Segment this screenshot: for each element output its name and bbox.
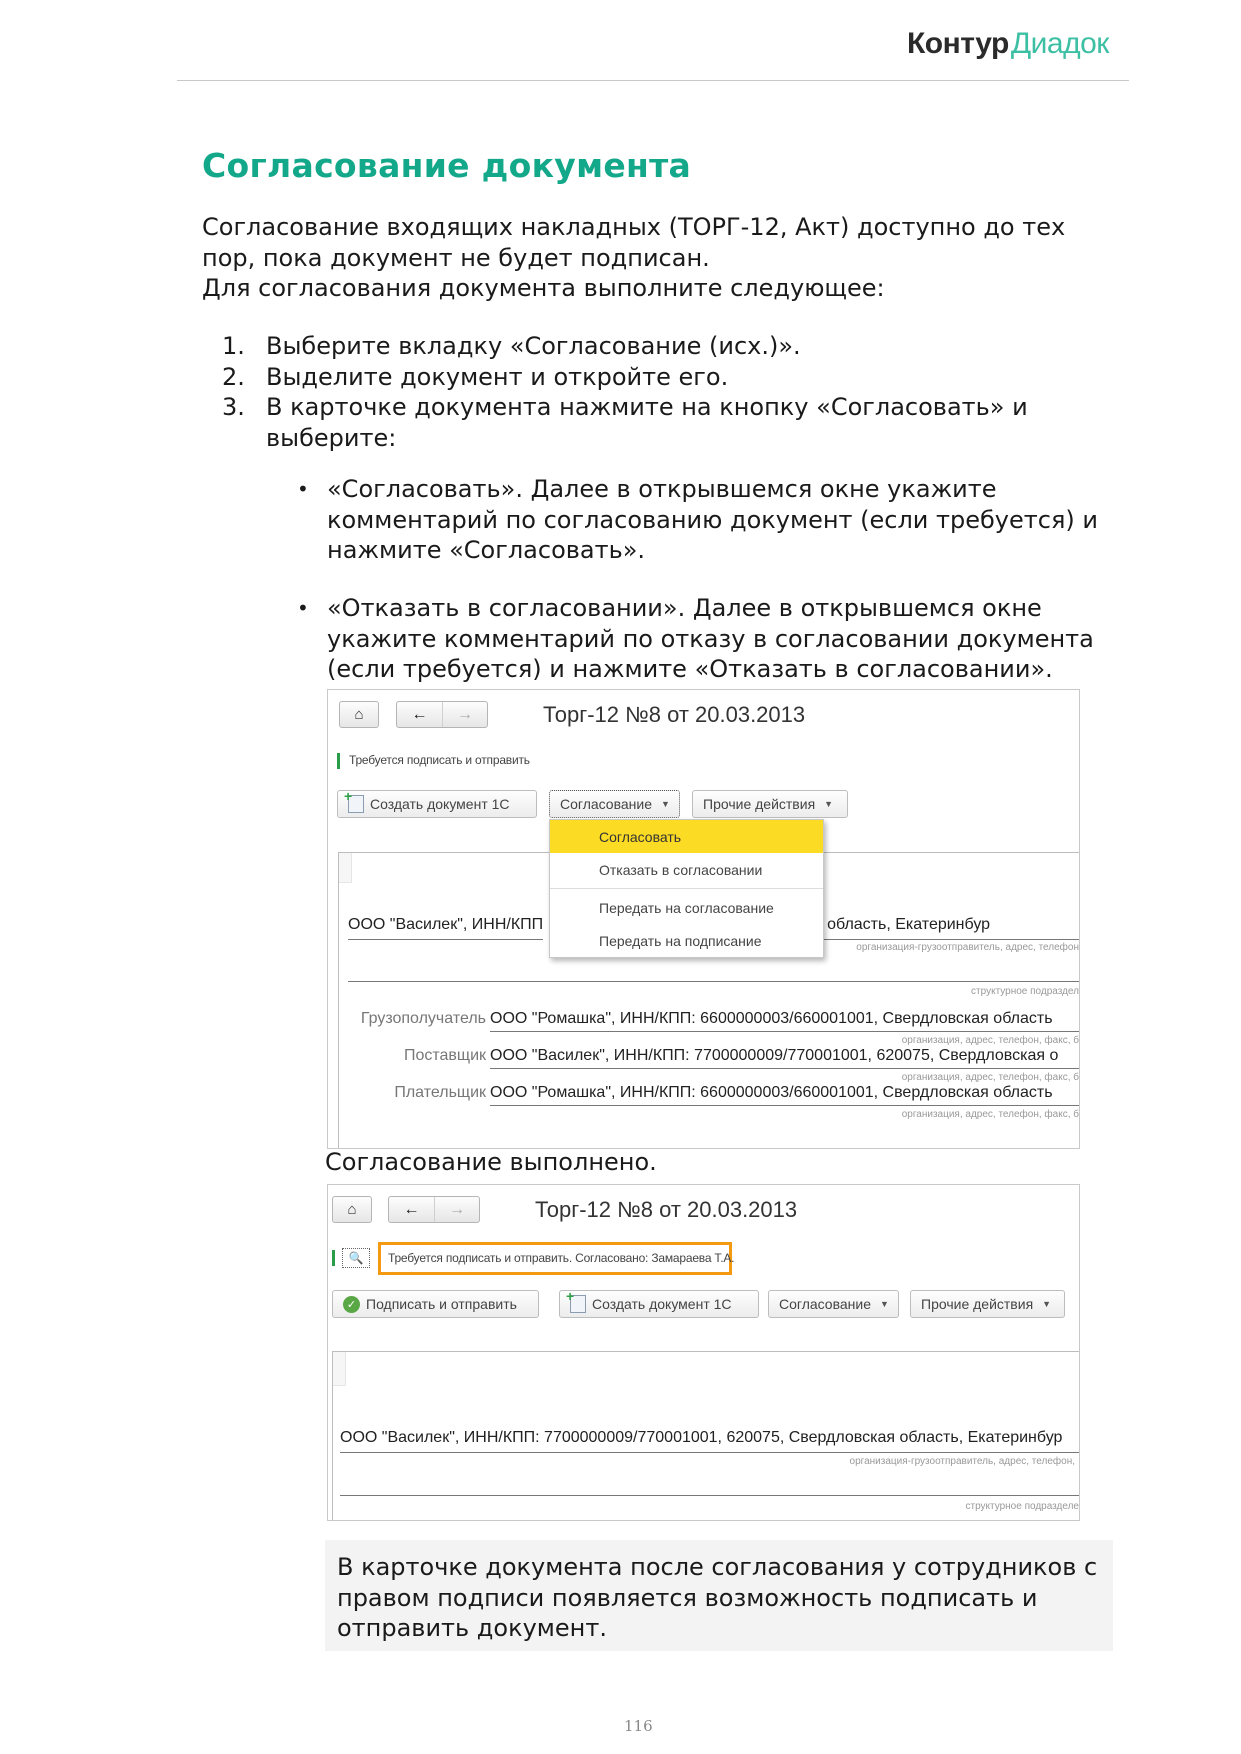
approval-label: Согласование bbox=[779, 1296, 871, 1312]
supplier-hint: организация, адрес, телефон, факс, б bbox=[902, 1072, 1079, 1083]
approval-dropdown-button[interactable]: Согласование ▼ bbox=[768, 1290, 899, 1318]
step-text: В карточке документа нажмите на кнопку «… bbox=[266, 392, 1122, 453]
payer-hint: организация, адрес, телефон, факс, б bbox=[902, 1109, 1079, 1120]
create-document-1c-button[interactable]: Создать документ 1С bbox=[559, 1290, 759, 1318]
document-title: Торг-12 №8 от 20.03.2013 bbox=[535, 1197, 797, 1223]
sign-and-send-label: Подписать и отправить bbox=[366, 1296, 517, 1312]
chevron-down-icon: ▼ bbox=[880, 1299, 889, 1309]
info-note: В карточке документа после согласования … bbox=[325, 1540, 1113, 1651]
forward-arrow-icon[interactable]: → bbox=[434, 1197, 479, 1222]
intro-line: пор, пока документ не будет подписан. bbox=[202, 243, 1122, 274]
intro-paragraph: Согласование входящих накладных (ТОРГ-12… bbox=[202, 212, 1122, 304]
menu-item-send-for-signing[interactable]: Передать на подписание bbox=[550, 924, 823, 957]
screenshot-approved-card: ⌂ ← → Торг-12 №8 от 20.03.2013 🔍 Требует… bbox=[327, 1184, 1080, 1521]
chevron-down-icon: ▼ bbox=[661, 799, 670, 809]
back-arrow-icon[interactable]: ← bbox=[397, 702, 442, 727]
bullet-text: «Согласовать». Далее в открывшемся окне … bbox=[327, 474, 1127, 566]
consignee-label: Грузополучатель bbox=[358, 1010, 486, 1028]
header-divider bbox=[177, 80, 1129, 81]
bullet-item: • «Отказать в согласовании». Далее в отк… bbox=[297, 593, 1127, 685]
subdivision-line bbox=[340, 1495, 1080, 1496]
bullet-item: • «Согласовать». Далее в открывшемся окн… bbox=[297, 474, 1127, 566]
payer-label: Плательщик bbox=[358, 1084, 486, 1102]
status-indicator bbox=[332, 1250, 335, 1266]
step-item: 2. Выделите документ и откройте его. bbox=[222, 362, 1122, 393]
logo-kontur: Контур bbox=[907, 27, 1009, 60]
approval-dropdown-button[interactable]: Согласование ▼ bbox=[549, 790, 680, 818]
bullet-text: «Отказать в согласовании». Далее в откры… bbox=[327, 593, 1127, 685]
step-text: Выберите вкладку «Согласование (исх.)». bbox=[266, 331, 1122, 362]
document-title: Торг-12 №8 от 20.03.2013 bbox=[543, 702, 805, 728]
sign-and-send-button[interactable]: ✓ Подписать и отправить bbox=[332, 1290, 539, 1318]
step-number: 3. bbox=[222, 392, 266, 453]
create-document-1c-button[interactable]: Создать документ 1С bbox=[337, 790, 537, 818]
step-number: 2. bbox=[222, 362, 266, 393]
menu-item-approve[interactable]: Согласовать bbox=[550, 820, 823, 853]
supplier-field[interactable]: ООО "Василек", ИНН/КПП: 7700000009/77000… bbox=[490, 1047, 1080, 1069]
history-nav: ← → bbox=[388, 1196, 480, 1223]
back-arrow-icon[interactable]: ← bbox=[389, 1197, 434, 1222]
steps-list: 1. Выберите вкладку «Согласование (исх.)… bbox=[222, 331, 1122, 453]
subdivision-line bbox=[348, 981, 1080, 982]
supplier-label: Поставщик bbox=[358, 1047, 486, 1065]
intro-line: Согласование входящих накладных (ТОРГ-12… bbox=[202, 212, 1122, 243]
other-actions-label: Прочие действия bbox=[703, 796, 815, 812]
status-indicator bbox=[337, 753, 340, 769]
form-corner-cell bbox=[339, 853, 352, 883]
page-title: Согласование документа bbox=[202, 146, 691, 185]
status-text: Требуется подписать и отправить. Согласо… bbox=[388, 1251, 734, 1265]
menu-item-send-for-approval[interactable]: Передать на согласование bbox=[550, 891, 823, 924]
kontur-diadoc-logo: КонтурДиадок bbox=[907, 27, 1109, 61]
forward-arrow-icon[interactable]: → bbox=[442, 702, 487, 727]
step-text: Выделите документ и откройте его. bbox=[266, 362, 1122, 393]
screenshot-approval-menu: ⌂ ← → Торг-12 №8 от 20.03.2013 Требуется… bbox=[327, 689, 1080, 1149]
chevron-down-icon: ▼ bbox=[824, 799, 833, 809]
chevron-down-icon: ▼ bbox=[1042, 1299, 1051, 1309]
home-icon: ⌂ bbox=[354, 706, 363, 723]
payer-field[interactable]: ООО "Ромашка", ИНН/КПП: 6600000003/66000… bbox=[490, 1084, 1080, 1106]
bullet-icon: • bbox=[297, 593, 327, 685]
caption-approval-done: Согласование выполнено. bbox=[325, 1148, 657, 1176]
subdivision-hint: структурное подразделе bbox=[965, 1501, 1079, 1512]
other-actions-button[interactable]: Прочие действия ▼ bbox=[910, 1290, 1065, 1318]
menu-item-reject-approval[interactable]: Отказать в согласовании bbox=[550, 853, 823, 886]
approval-label: Согласование bbox=[560, 796, 652, 812]
shipper-field[interactable]: ООО "Василек", ИНН/КПП: 7700000009/77000… bbox=[340, 1429, 1080, 1453]
shipper-hint: организация-грузоотправитель, адрес, тел… bbox=[850, 1456, 1075, 1467]
step-number: 1. bbox=[222, 331, 266, 362]
step-item: 3. В карточке документа нажмите на кнопк… bbox=[222, 392, 1122, 453]
home-button[interactable]: ⌂ bbox=[339, 701, 379, 728]
approval-dropdown-menu: Согласовать Отказать в согласовании Пере… bbox=[549, 819, 824, 958]
create-document-label: Создать документ 1С bbox=[370, 796, 510, 812]
status-text: Требуется подписать и отправить bbox=[349, 753, 530, 767]
shipper-hint: организация-грузоотправитель, адрес, тел… bbox=[856, 942, 1079, 953]
check-circle-icon: ✓ bbox=[343, 1296, 360, 1313]
shipper-field[interactable]: ООО "Василек", ИНН/КПП: bbox=[348, 916, 543, 940]
logo-diadoc: Диадок bbox=[1011, 27, 1109, 60]
home-icon: ⌂ bbox=[347, 1201, 356, 1218]
document-add-icon bbox=[348, 795, 364, 813]
bullet-icon: • bbox=[297, 474, 327, 566]
form-corner-cell bbox=[333, 1352, 346, 1386]
subdivision-hint: структурное подраздел bbox=[971, 986, 1079, 997]
menu-divider bbox=[550, 888, 823, 889]
consignee-hint: организация, адрес, телефон, факс, б bbox=[902, 1035, 1079, 1046]
home-button[interactable]: ⌂ bbox=[332, 1196, 372, 1223]
page-number: 116 bbox=[624, 1717, 653, 1735]
document-add-icon bbox=[570, 1295, 586, 1313]
consignee-field[interactable]: ООО "Ромашка", ИНН/КПП: 6600000003/66000… bbox=[490, 1010, 1080, 1032]
create-document-label: Создать документ 1С bbox=[592, 1296, 732, 1312]
other-actions-button[interactable]: Прочие действия ▼ bbox=[692, 790, 848, 818]
intro-line: Для согласования документа выполните сле… bbox=[202, 273, 1122, 304]
step-item: 1. Выберите вкладку «Согласование (исх.)… bbox=[222, 331, 1122, 362]
document-search-icon[interactable]: 🔍 bbox=[342, 1248, 370, 1268]
history-nav: ← → bbox=[396, 701, 488, 728]
other-actions-label: Прочие действия bbox=[921, 1296, 1033, 1312]
